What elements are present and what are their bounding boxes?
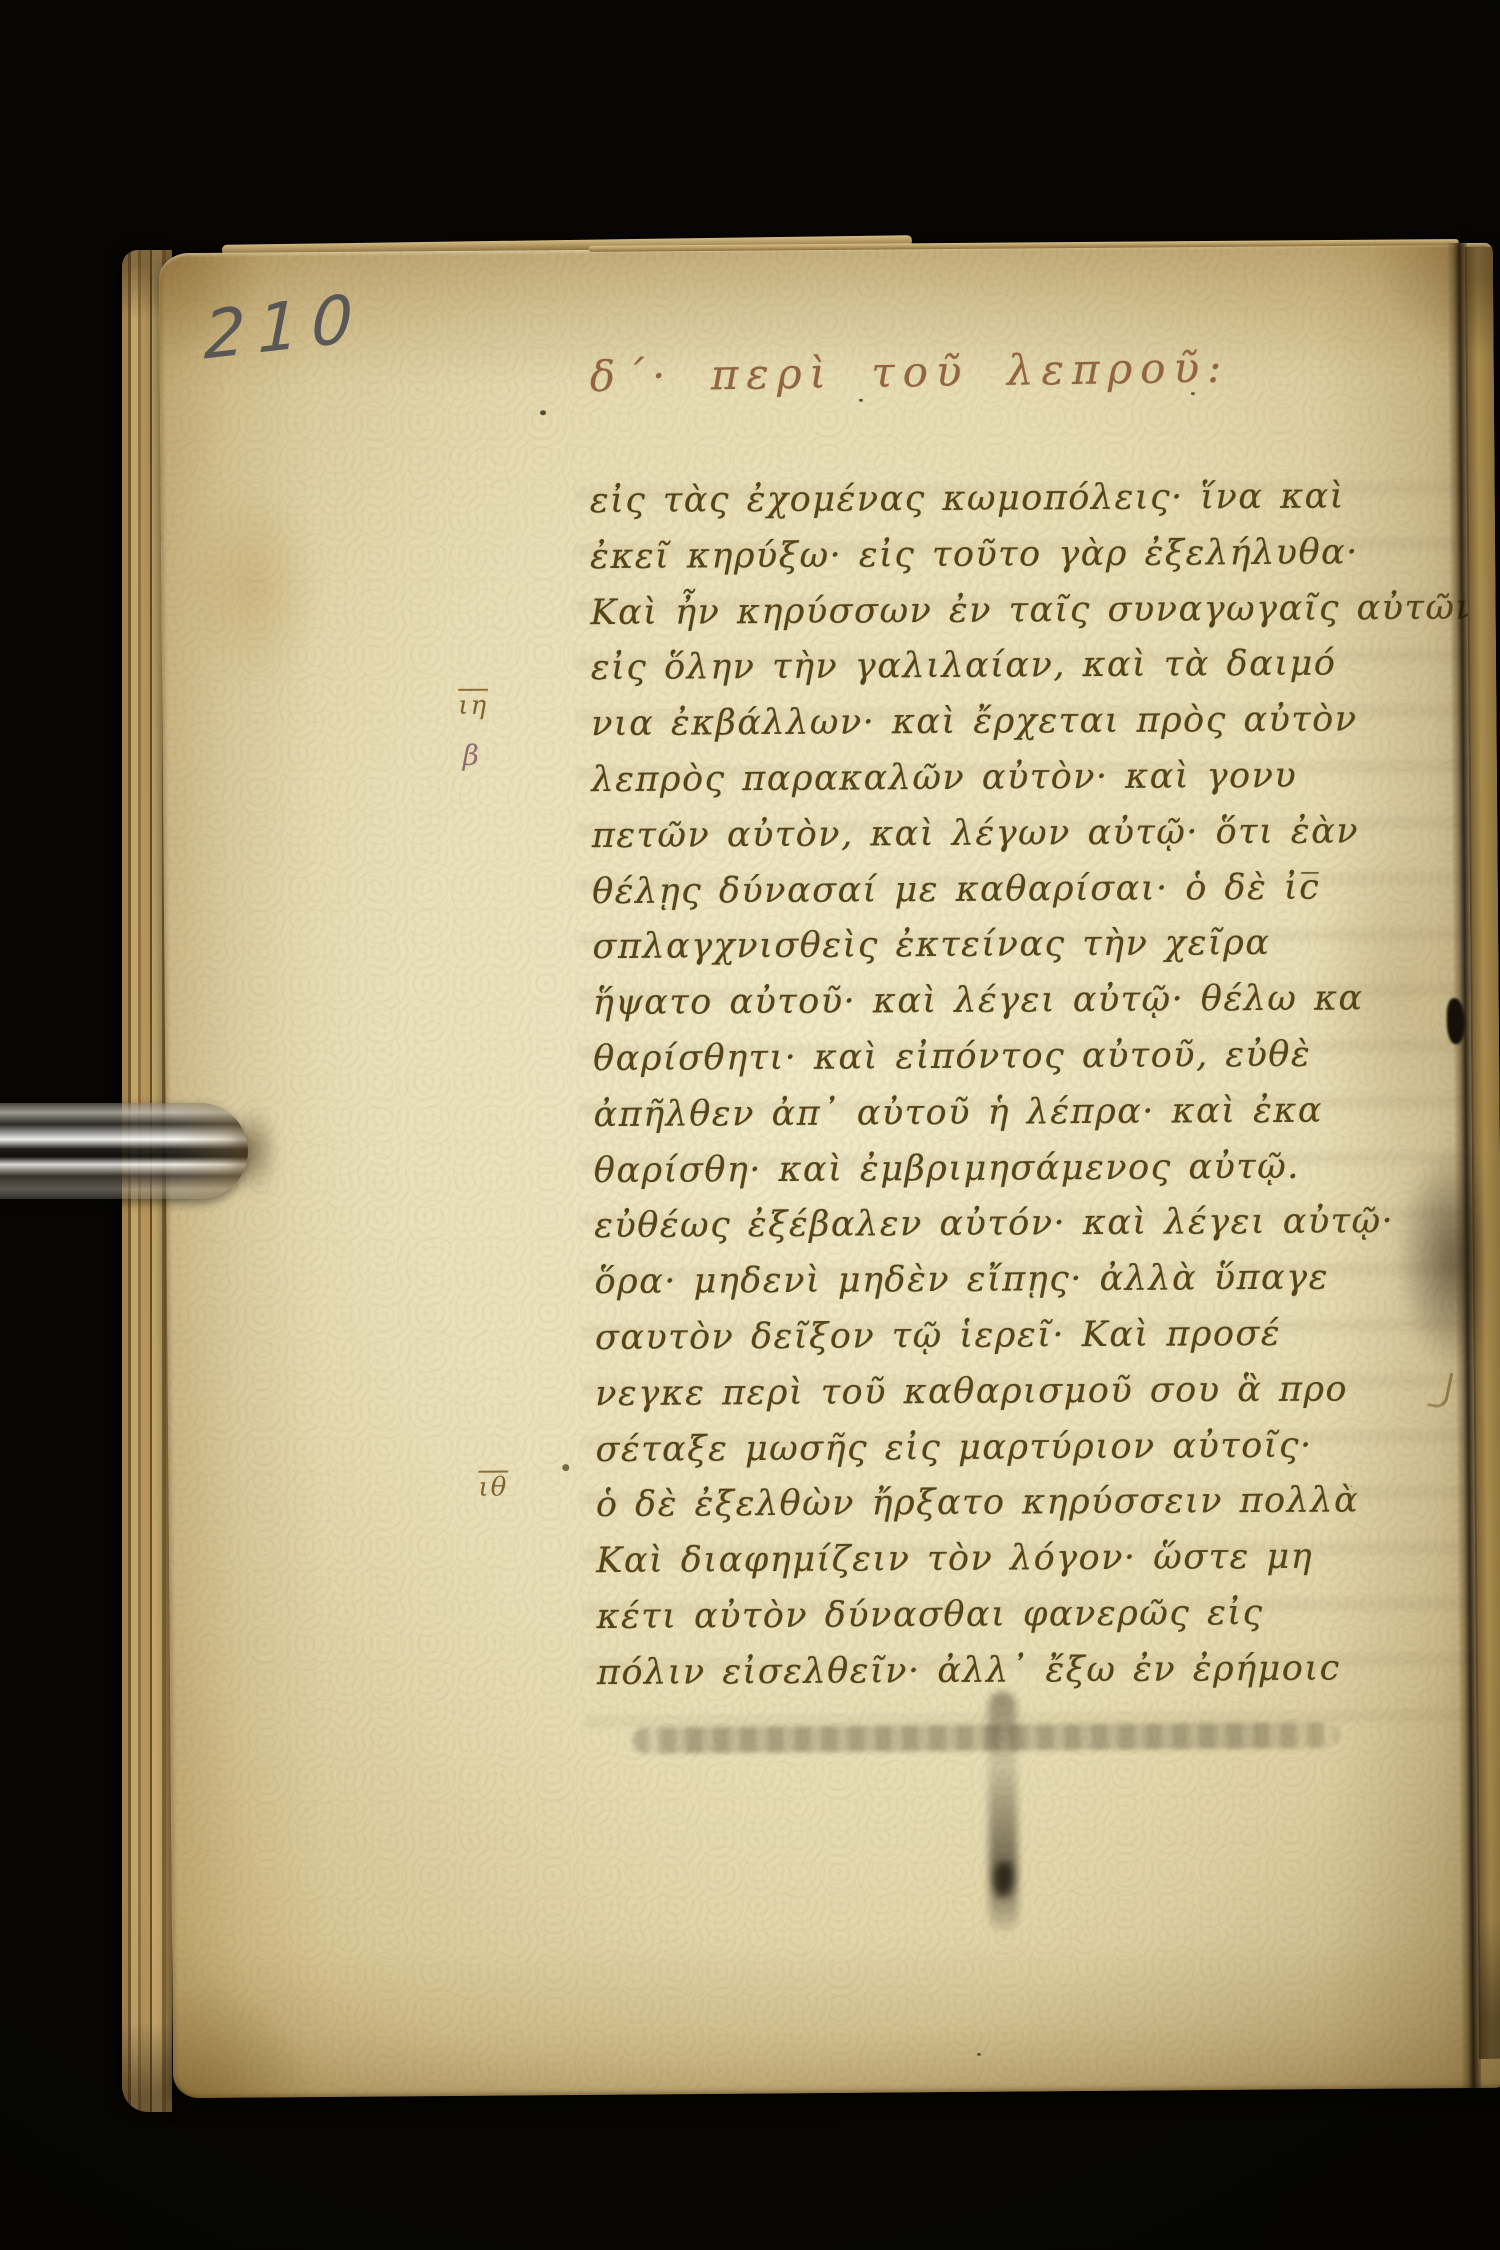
- margin-section-number-18: ιη: [458, 691, 488, 721]
- parchment-specks: [540, 410, 546, 415]
- greek-text-line: λεπρὸς παρακαλῶν αὐτὸν· καὶ γονυ: [591, 748, 1491, 809]
- margin-section-number-19: ιθ: [478, 1473, 508, 1503]
- greek-text-line: νεγκε περὶ τοῦ καθαρισμοῦ σου ἃ προ: [595, 1361, 1495, 1422]
- gutter-smudge: [1394, 1143, 1482, 1374]
- stain-left-margin: [183, 482, 325, 693]
- margin-canon-number-beta: β: [463, 739, 481, 772]
- manuscript-photo: 210 δ´· περὶ τοῦ λεπροῦ: ιη β ιθ εἰς τὰς…: [0, 0, 1500, 2250]
- manuscript-page: 210 δ´· περὶ τοῦ λεπροῦ: ιη β ιθ εἰς τὰς…: [159, 243, 1500, 2098]
- kephalaion-header: δ´· περὶ τοῦ λεπροῦ:: [589, 343, 1229, 401]
- margin-dot: [562, 1464, 569, 1471]
- greek-text-line: ὁ δὲ ἐξελθὼν ἤρξατο κηρύσσειν πολλὰ: [596, 1473, 1496, 1534]
- greek-text-line: κέτι αὐτὸν δύνασθαι φανερῶς εἰς: [596, 1585, 1496, 1646]
- greek-text-line: σπλαγχνισθεὶς ἐκτείνας τὴν χεῖρα: [592, 915, 1492, 976]
- greek-text-line: Καὶ διαφημίζειν τὸν λόγον· ὥστε μη: [596, 1529, 1496, 1590]
- pencil-folio-number: 210: [203, 279, 365, 375]
- greek-text-line: θαρίσθη· καὶ ἐμβριμησάμενος αὐτῷ.: [594, 1138, 1494, 1199]
- greek-text-block: εἰς τὰς ἐχομένας κωμοπόλεις· ἵνα καὶ ἐκε…: [590, 469, 1497, 1702]
- greek-text-line: εἰς τὰς ἐχομένας κωμοπόλεις· ἵνα καὶ: [590, 469, 1490, 530]
- greek-text-line: εἰς ὅλην τὴν γαλιλαίαν, καὶ τὰ δαιμό: [591, 636, 1491, 697]
- greek-text-line: ἐκεῖ κηρύξω· εἰς τοῦτο γὰρ ἐξελήλυθα·: [590, 524, 1490, 585]
- greek-text-line: ὅρα· μηδενὶ μηδὲν εἴπῃς· ἀλλὰ ὕπαγε: [594, 1250, 1494, 1311]
- greek-text-line: σαυτὸν δεῖξον τῷ ἱερεῖ· Καὶ προσέ: [595, 1306, 1495, 1367]
- greek-text-line: θέλῃς δύνασαί με καθαρίσαι· ὁ δὲ ἰϲ̅: [592, 859, 1492, 920]
- ink-smudge-streak: [988, 1692, 1018, 1932]
- greek-text-line: νια ἐκβάλλων· καὶ ἔρχεται πρὸς αὐτὸν: [591, 692, 1491, 753]
- greek-text-line: ἥψατο αὐτοῦ· καὶ λέγει αὐτῷ· θέλω κα: [593, 971, 1493, 1032]
- greek-text-line: Καὶ ἦν κηρύσσων ἐν ταῖς συναγωγαῖς αὐτῶν: [590, 580, 1490, 641]
- greek-text-line: θαρίσθητι· καὶ εἰπόντος αὐτοῦ, εὐθὲ: [593, 1027, 1493, 1088]
- greek-text-line: ἀπῆλθεν ἀπ᾽ αὐτοῦ ἡ λέπρα· καὶ ἐκα: [593, 1082, 1493, 1143]
- greek-text-line: σέταξε μωσῆς εἰς μαρτύριον αὐτοῖς·: [595, 1417, 1495, 1478]
- page-holder-rod: [0, 1103, 248, 1199]
- bleedthrough-text-line: [632, 1722, 1338, 1754]
- greek-text-line: εὐθέως ἐξέβαλεν αὐτόν· καὶ λέγει αὐτῷ·: [594, 1194, 1494, 1255]
- greek-text-line: πετῶν αὐτὸν, καὶ λέγων αὐτῷ· ὅτι ἐὰν: [592, 803, 1492, 864]
- greek-text-line: πόλιν εἰσελθεῖν· ἀλλ᾽ ἔξω ἐν ἐρήμοιϲ: [597, 1640, 1497, 1701]
